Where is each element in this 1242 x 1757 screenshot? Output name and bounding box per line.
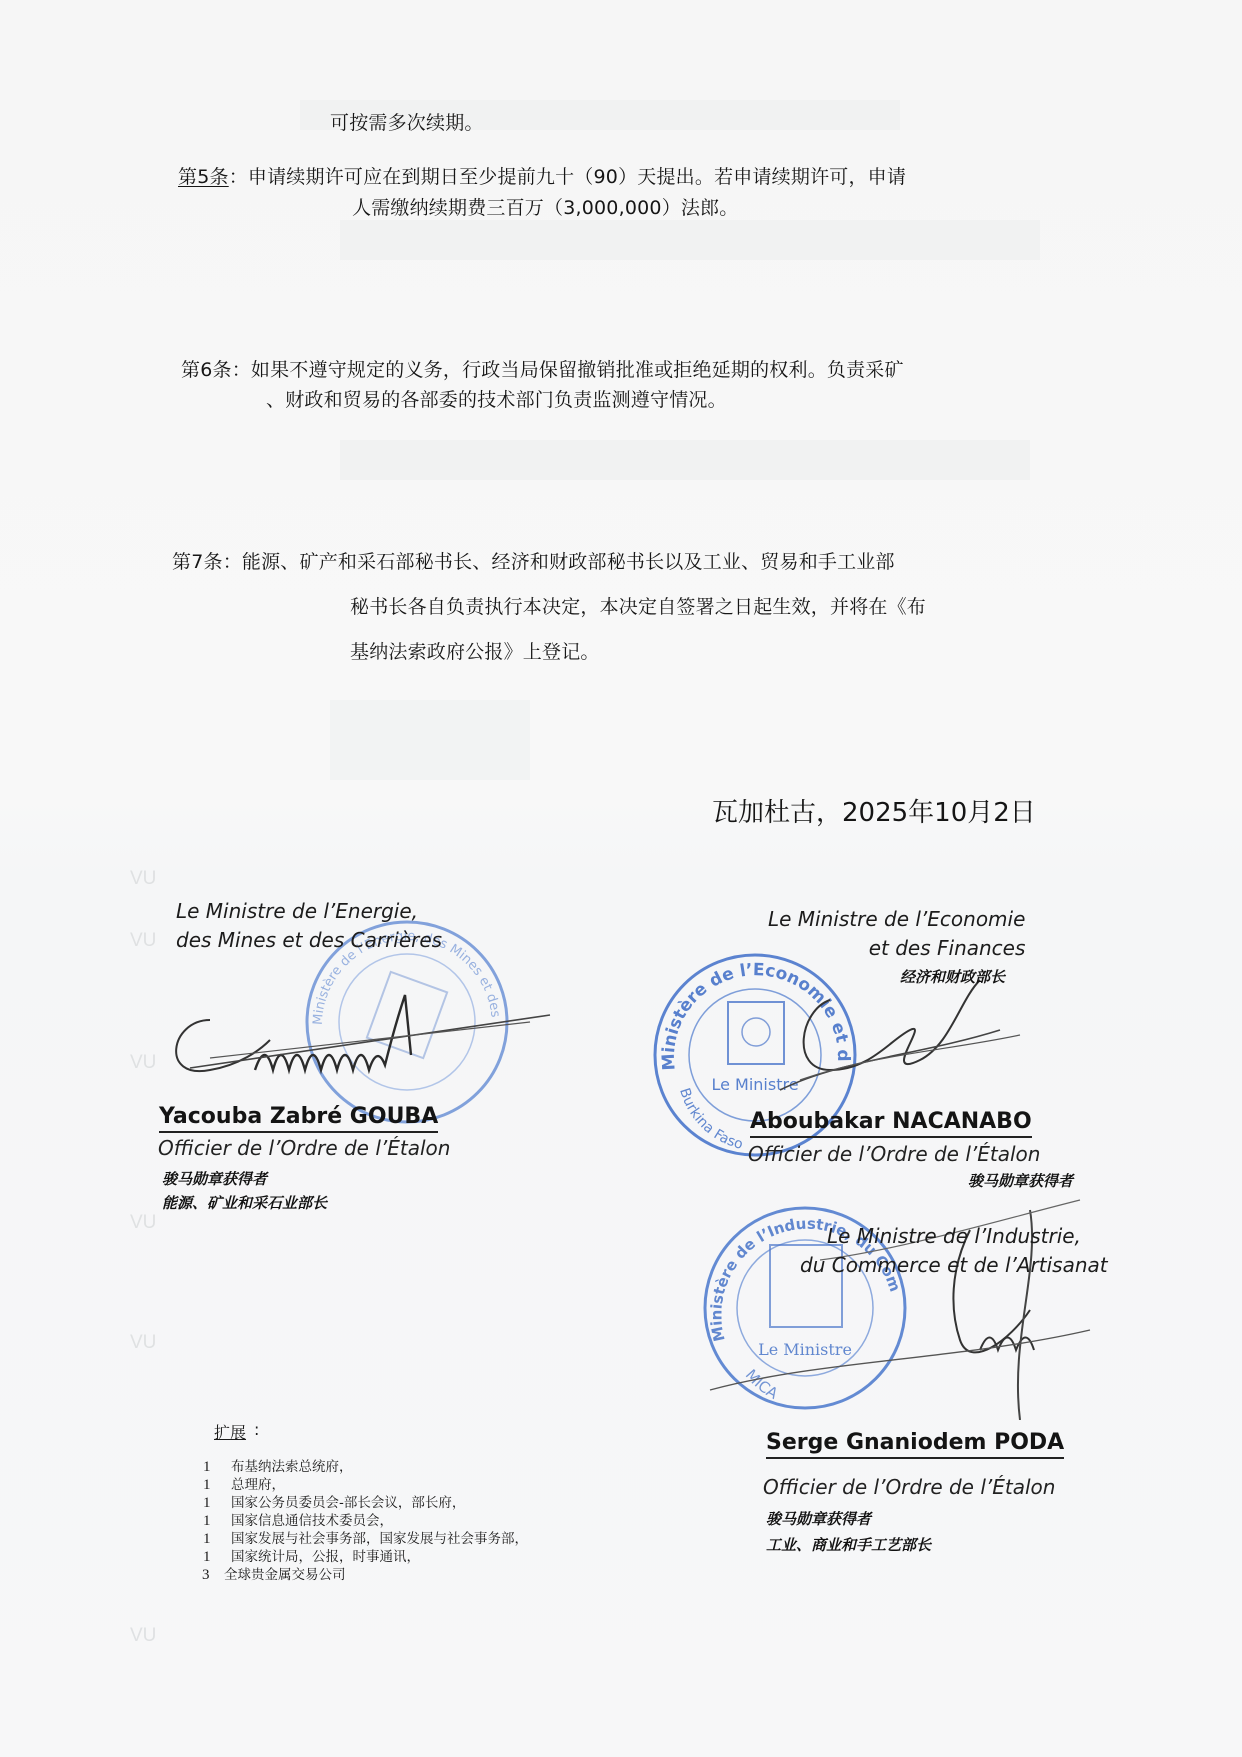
distribution-count: 1 [203, 1494, 231, 1512]
article-text: 如果不遵守规定的义务，行政当局保留撤销批准或拒绝延期的权利。负责采矿 [251, 359, 904, 381]
ghost-text: VU [130, 1212, 156, 1234]
article-label: 第6条 [181, 359, 232, 381]
signatory-name: Aboubakar NACANABO [750, 1108, 1032, 1138]
svg-text:Le Ministre: Le Ministre [758, 1340, 852, 1359]
continuation-line: 可按需多次续期。 [330, 108, 484, 135]
article-text: 申请续期许可应在到期日至少提前九十（90）天提出。若申请续期许可，申请 [248, 166, 906, 188]
ghost-text: VU [130, 1332, 156, 1354]
signatory-honor-zh: 骏马勋章获得者 [162, 1168, 267, 1189]
signatory-honor-zh: 骏马勋章获得者 [968, 1170, 1073, 1191]
signatory-honor: Officier de l’Ordre de l’Étalon [748, 1142, 1040, 1166]
signatory-name: Serge Gnaniodem PODA [766, 1429, 1064, 1459]
distribution-count: 1 [203, 1476, 231, 1494]
distribution-count: 1 [203, 1458, 231, 1476]
signatory-honor: Officier de l’Ordre de l’Étalon [763, 1475, 1055, 1499]
distribution-count: 1 [203, 1530, 231, 1548]
distribution-item: 1总理府， [203, 1476, 528, 1494]
signatory-title: Le Ministre de l’Economie et des Finance… [768, 905, 1025, 963]
distribution-list: 1布基纳法索总统府，1总理府，1国家公务员委员会-部长会议，部长府，1国家信息通… [203, 1458, 528, 1584]
distribution-recipient: 国家发展与社会事务部，国家发展与社会事务部， [231, 1530, 528, 1548]
signatory-title: Le Ministre de l’Industrie, du Commerce … [826, 1222, 1108, 1280]
distribution-recipient: 国家统计局，公报，时事通讯， [231, 1548, 420, 1566]
signatory-title-zh: 经济和财政部长 [900, 966, 1005, 987]
signatory-role-zh: 能源、矿业和采石业部长 [162, 1192, 327, 1213]
distribution-recipient: 布基纳法索总统府， [231, 1458, 353, 1476]
signatory-honor: Officier de l’Ordre de l’Étalon [158, 1136, 450, 1160]
document-page: VU VU VU VU VU VU 可按需多次续期。 第5条：申请续期许可应在到… [0, 0, 1242, 1757]
ghost-block [340, 440, 1030, 480]
distribution-item: 3全球贵金属交易公司 [203, 1566, 528, 1584]
distribution-item: 1布基纳法索总统府， [203, 1458, 528, 1476]
article-label: 第5条 [178, 166, 229, 188]
article-text: 能源、矿产和采石部秘书长、经济和财政部秘书长以及工业、贸易和手工业部 [242, 551, 895, 573]
distribution-count: 1 [203, 1548, 231, 1566]
distribution-item: 1国家信息通信技术委员会， [203, 1512, 528, 1530]
signatory-honor-zh: 骏马勋章获得者 [766, 1508, 871, 1529]
distribution-title-colon: : [254, 1420, 259, 1439]
distribution-count: 1 [203, 1512, 231, 1530]
svg-text:Le Ministre: Le Ministre [711, 1075, 798, 1094]
article-label: 第7条 [172, 551, 223, 573]
article-text: 、财政和贸易的各部委的技术部门负责监测遵守情况。 [266, 385, 727, 412]
ghost-text: VU [130, 930, 156, 952]
signatory-name: Yacouba Zabré GOUBA [159, 1103, 438, 1133]
distribution-recipient: 总理府， [231, 1476, 285, 1494]
ghost-text: VU [130, 1625, 156, 1647]
distribution-item: 1国家公务员委员会-部长会议，部长府， [203, 1494, 528, 1512]
article-text: 秘书长各自负责执行本决定，本决定自签署之日起生效，并将在《布 [350, 592, 926, 619]
ghost-block [330, 700, 530, 780]
distribution-recipient: 国家公务员委员会-部长会议，部长府， [231, 1494, 465, 1512]
distribution-recipient: 全球贵金属交易公司 [224, 1566, 346, 1584]
ghost-text: VU [130, 868, 156, 890]
signatory-role-zh: 工业、商业和手工艺部长 [766, 1534, 931, 1555]
article-text: 人需缴纳续期费三百万（3,000,000）法郎。 [352, 193, 739, 220]
ghost-text: VU [130, 1052, 156, 1074]
ghost-block [340, 220, 1040, 260]
article-text: 基纳法索政府公报》上登记。 [350, 637, 600, 664]
distribution-recipient: 国家信息通信技术委员会， [231, 1512, 393, 1530]
distribution-title: 扩展 [214, 1420, 246, 1443]
place-date: 瓦加杜古，2025年10月2日 [712, 792, 1036, 829]
signatory-title: Le Ministre de l’Energie, des Mines et d… [176, 897, 442, 955]
distribution-item: 1国家统计局，公报，时事通讯， [203, 1548, 528, 1566]
distribution-item: 1国家发展与社会事务部，国家发展与社会事务部， [203, 1530, 528, 1548]
